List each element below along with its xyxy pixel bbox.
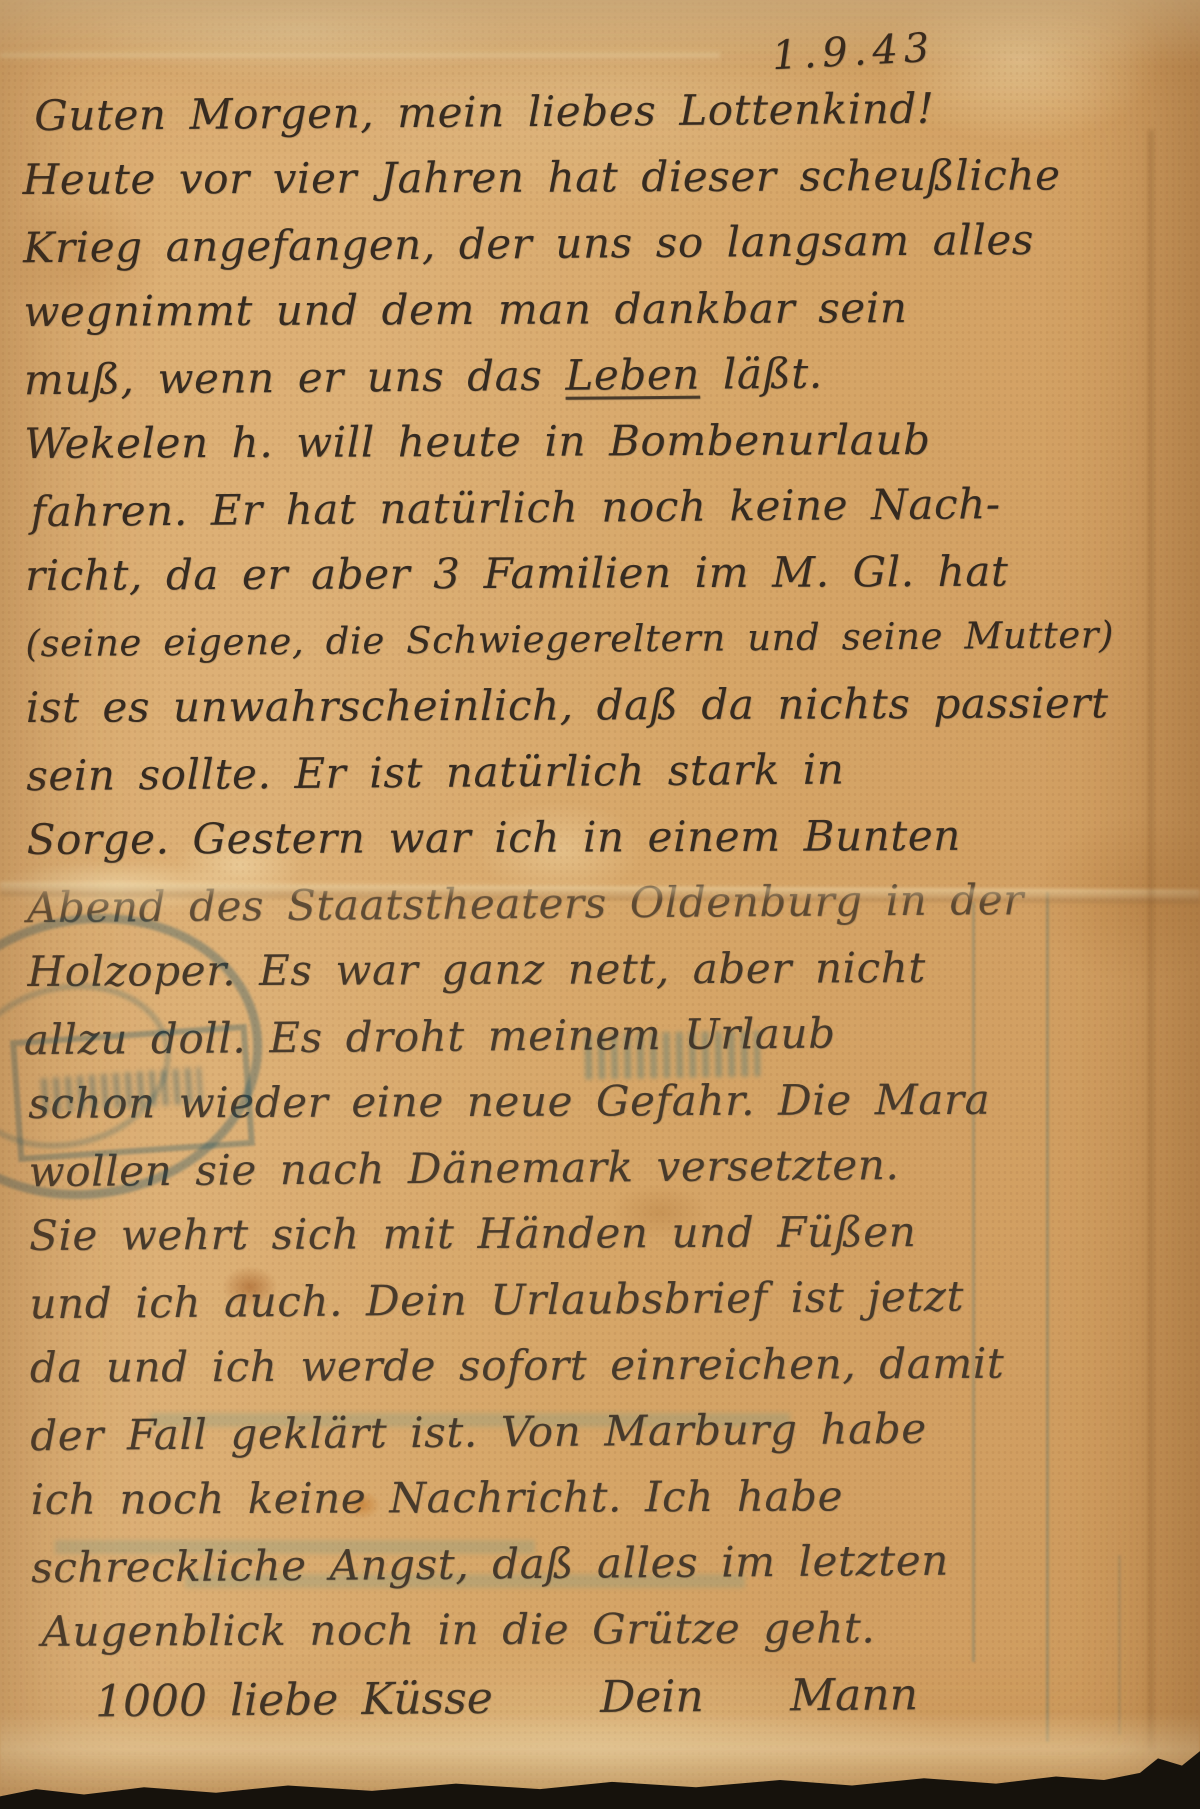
postmark-box-stamp [10,1024,255,1162]
worn-bottom-edge [0,1712,1200,1794]
letter-line: schreckliche Angst, daß alles im letzten [31,1526,1197,1602]
letter-line: der Fall geklärt ist. Von Marburg habe [30,1394,1196,1470]
letter-date: 1.9.43 [771,24,937,80]
letter-line: Guten Morgen, mein liebes Lottenkind! [34,74,1188,149]
letter-line: und ich auch. Dein Urlaubsbrief ist jetz… [29,1262,1195,1338]
letter-line: richt, da er aber 3 Familien im M. Gl. h… [25,538,1190,609]
letter-line: Sie wehrt sich mit Händen und Füßen [29,1198,1194,1269]
scan-background: 1.9.43 Guten Morgen, mein liebes Lottenk… [0,0,1200,1809]
letter-line: (seine eigene, die Schwiegereltern und s… [25,602,1191,678]
letter-line: ist es unwahrscheinlich, daß da nichts p… [26,670,1191,741]
crease-line-top [0,52,720,58]
letter-line: muß, wenn er uns das Leben läßt. [24,338,1190,414]
postmark-illegible-text [41,1067,203,1114]
letter-line: Wekelen h. will heute in Bombenurlaub [24,406,1189,477]
letter-line: Heute vor vier Jahren hat dieser scheußl… [22,142,1187,213]
letter-line: ich noch keine Nachricht. Ich habe [31,1462,1196,1533]
letter-line: Augenblick noch in die Grütze geht. [41,1594,1196,1665]
letter-page: 1.9.43 Guten Morgen, mein liebes Lottenk… [0,0,1200,1809]
letter-line: sein sollte. Er ist natürlich stark in [26,734,1192,810]
crease-line-right [1148,130,1154,1750]
letter-line: fahren. Er hat natürlich noch keine Nach… [30,470,1190,546]
letter-line: Krieg angefangen, der uns so langsam all… [23,206,1189,282]
letter-line: da und ich werde sofort einreichen, dami… [30,1330,1195,1401]
letter-line: wegnimmt und dem man dankbar sein [23,274,1188,345]
